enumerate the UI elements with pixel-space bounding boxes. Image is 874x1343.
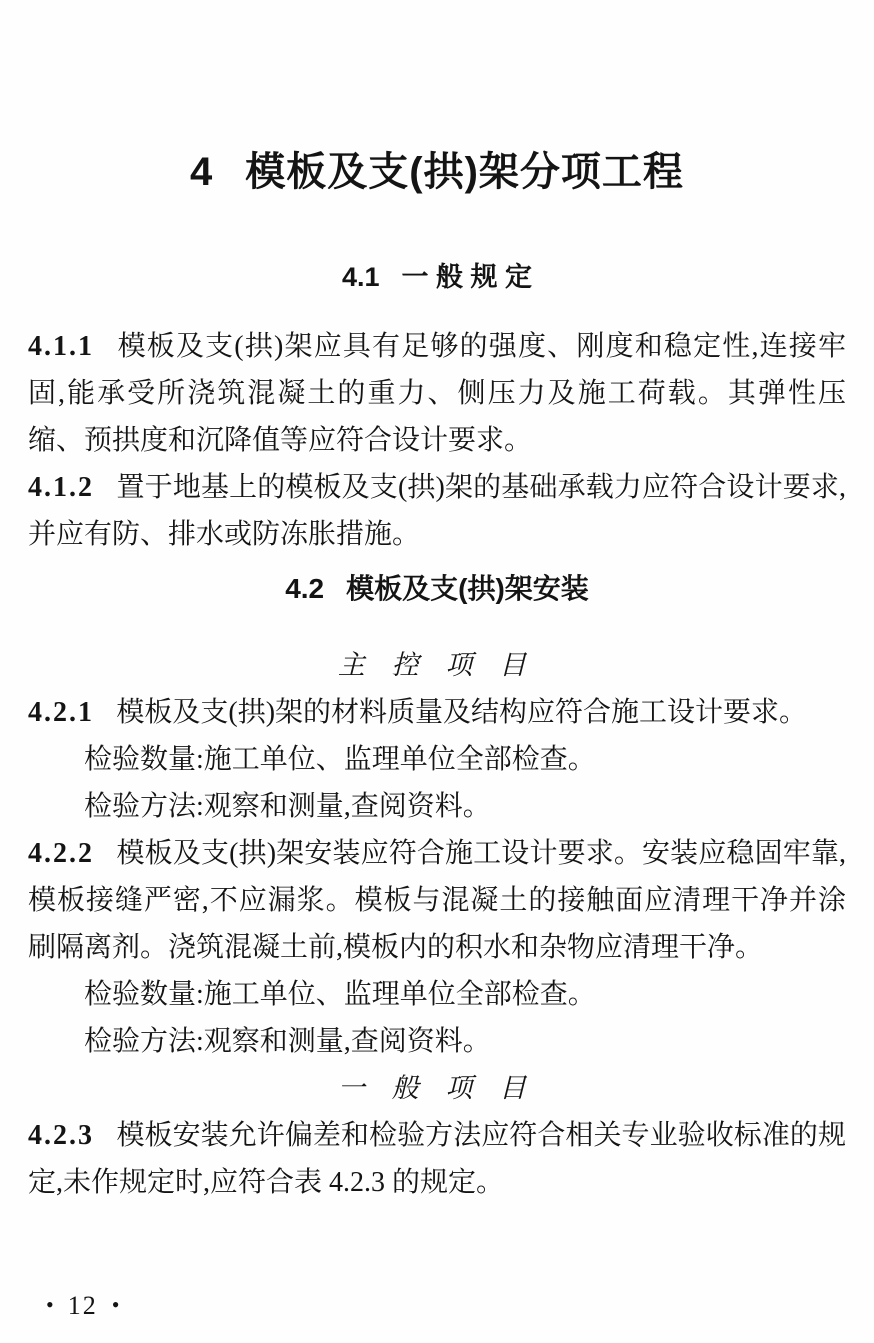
clause-4-2-2: 4.2.2模板及支(拱)架安装应符合施工设计要求。安装应稳固牢靠,模板接缝严密,… [28, 830, 846, 971]
clause-4-2-1-inspection-method: 检验方法:观察和测量,查阅资料。 [28, 783, 846, 830]
clause-4-2-1-number: 4.2.1 [28, 697, 94, 728]
section-4-2-title: 模板及支(拱)架安装 [346, 573, 589, 604]
clause-4-2-2-inspection-quantity: 检验数量:施工单位、监理单位全部检查。 [28, 971, 846, 1018]
main-items-heading: 主 控 项 目 [28, 642, 846, 689]
clause-4-2-2-inspection-method: 检验方法:观察和测量,查阅资料。 [28, 1018, 846, 1065]
general-items-heading: 一 般 项 目 [28, 1065, 846, 1112]
clause-4-1-1-number: 4.1.1 [28, 331, 94, 362]
section-4-1-heading: 4.1一 般 规 定 [28, 258, 846, 296]
chapter-number: 4 [190, 150, 213, 194]
section-4-2-heading: 4.2模板及支(拱)架安装 [28, 570, 846, 608]
clause-4-2-3-text: 模板安装允许偏差和检验方法应符合相关专业验收标准的规定,未作规定时,应符合表 4… [28, 1120, 846, 1198]
clause-4-2-2-number: 4.2.2 [28, 838, 94, 869]
page-footer: •12• [46, 1292, 119, 1319]
clause-4-2-1-text: 模板及支(拱)架的材料质量及结构应符合施工设计要求。 [116, 697, 807, 728]
clause-4-1-1: 4.1.1模板及支(拱)架应具有足够的强度、刚度和稳定性,连接牢固,能承受所浇筑… [28, 323, 846, 464]
section-4-1-number: 4.1 [342, 262, 380, 292]
chapter-title-text: 模板及支(拱)架分项工程 [245, 150, 684, 194]
footer-left-dot: • [46, 1292, 54, 1317]
footer-right-dot: • [112, 1292, 120, 1317]
clause-4-2-2-text: 模板及支(拱)架安装应符合施工设计要求。安装应稳固牢靠,模板接缝严密,不应漏浆。… [28, 838, 846, 963]
page-number: 12 [68, 1291, 98, 1320]
document-page: 4模板及支(拱)架分项工程 4.1一 般 规 定 4.1.1模板及支(拱)架应具… [0, 0, 874, 1343]
clause-4-2-3: 4.2.3模板安装允许偏差和检验方法应符合相关专业验收标准的规定,未作规定时,应… [28, 1112, 846, 1206]
section-4-2-number: 4.2 [285, 573, 324, 604]
clause-4-2-3-number: 4.2.3 [28, 1120, 94, 1151]
clause-4-1-1-text: 模板及支(拱)架应具有足够的强度、刚度和稳定性,连接牢固,能承受所浇筑混凝土的重… [28, 331, 846, 456]
section-4-1-title: 一 般 规 定 [402, 262, 533, 292]
clause-4-1-2-text: 置于地基上的模板及支(拱)架的基础承载力应符合设计要求,并应有防、排水或防冻胀措… [28, 472, 846, 550]
clause-4-2-1: 4.2.1模板及支(拱)架的材料质量及结构应符合施工设计要求。 [28, 689, 846, 736]
chapter-title: 4模板及支(拱)架分项工程 [28, 146, 846, 198]
clause-4-1-2-number: 4.1.2 [28, 472, 94, 503]
clause-4-1-2: 4.1.2置于地基上的模板及支(拱)架的基础承载力应符合设计要求,并应有防、排水… [28, 464, 846, 558]
clause-4-2-1-inspection-quantity: 检验数量:施工单位、监理单位全部检查。 [28, 736, 846, 783]
